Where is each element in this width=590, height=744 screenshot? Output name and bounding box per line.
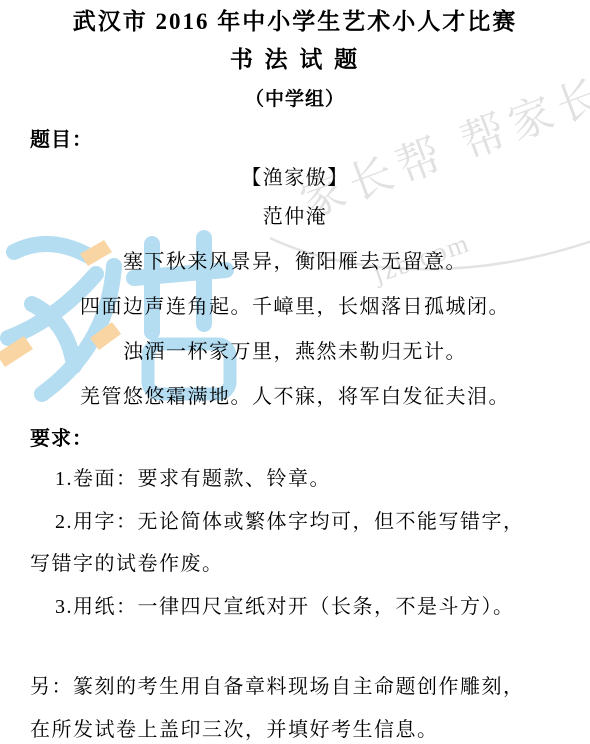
poem-line: 浊酒一杯家万里，燕然未勒归无计。	[0, 339, 590, 366]
requirement-item: 2.用字：无论简体或繁体字均可，但不能写错字，	[55, 509, 525, 536]
note-line2: 在所发试卷上盖印三次，并填好考生信息。	[30, 717, 439, 744]
requirement-item: 3.用纸：一律四尺宣纸对开（长条，不是斗方）。	[55, 594, 515, 621]
poem-line: 羌管悠悠霜满地。人不寐，将军白发征夫泪。	[0, 384, 590, 411]
requirement-item-continuation: 写错字的试卷作废。	[30, 551, 224, 578]
page-title-line1: 武汉市 2016 年中小学生艺术小人才比赛	[0, 8, 590, 35]
poem-title: 【渔家傲】	[0, 165, 590, 192]
topic-label: 题目：	[30, 127, 93, 154]
requirement-item: 1.卷面：要求有题款、铃章。	[55, 466, 331, 493]
group-label: （中学组）	[0, 86, 590, 113]
exam-paper-page: 家长帮 帮家长 jzb.com 武汉市 2016 年中小学生艺术小人才比赛 书 …	[0, 0, 590, 744]
poem-line: 塞下秋来风景异，衡阳雁去无留意。	[0, 249, 590, 276]
requirements-label: 要求：	[30, 426, 93, 453]
note-line1: 另：篆刻的考生用自备章料现场自主命题创作雕刻，	[30, 674, 525, 701]
poem-line: 四面边声连角起。千嶂里，长烟落日孤城闭。	[0, 294, 590, 321]
poem-author: 范仲淹	[0, 204, 590, 231]
page-title-line2: 书 法 试 题	[0, 46, 590, 73]
